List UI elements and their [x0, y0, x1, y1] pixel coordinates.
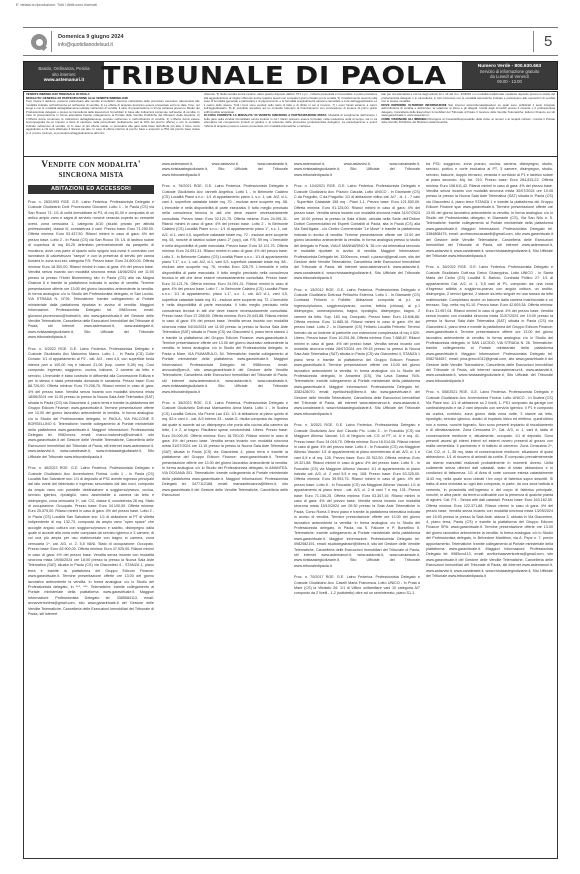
- masthead-divider-right: [533, 31, 534, 52]
- notice-text-2: offerente. 5) Nella vendita senza incant…: [204, 93, 378, 114]
- listing-column-3: www.astemanuri.it, www.astavvisi.it, www…: [294, 162, 420, 856]
- notice-column-3: tale per via telematica a norma degli ar…: [381, 93, 555, 155]
- listing-column-2: www.astemanuri.it, www.astavvisi.it, www…: [162, 162, 288, 856]
- listing-column-4: tra PS1: soggiorno, zona pranzo, cucina,…: [426, 162, 553, 856]
- masthead: Domenica 9 giugno 2024 info@quotidianode…: [23, 28, 558, 55]
- banner-hotline-box: Numero Verde - 800.630.663 Servizio di i…: [462, 62, 557, 89]
- notice-text-1: Tutti, tranne il debitore, possono parte…: [26, 99, 200, 135]
- notice-column-1: VENDITE IMMOBILIARI TRIBUNALE DI PAOLA M…: [26, 93, 200, 155]
- category-bar: ABITAZIONI ED ACCESSORI: [28, 185, 154, 194]
- frame-right-border: [557, 157, 558, 859]
- listing-entry: tra PS1: soggiorno, zona pranzo, cucina,…: [426, 162, 553, 259]
- frame-bottom-border: [23, 858, 558, 859]
- hotline-hours: 09.00 - 13.00: [462, 79, 557, 84]
- issue-date: Domenica 9 giugno 2024: [58, 34, 124, 40]
- listing-entry: Proc. n. 36/2022 RGE. G.E. Laino Federic…: [426, 265, 553, 384]
- contact-email: info@quotidianodelsud.it: [58, 42, 113, 48]
- page-number: 5: [544, 33, 552, 50]
- listing-entry: Proc. n. 76/2021 RGE. G.E. Laino Federic…: [162, 184, 288, 395]
- listing-entry: Proc. n. 5/2021 RGE. G.E. Laino Federica…: [294, 423, 420, 569]
- listing-entry: Proc. n. 5/2022 RGE. G.E. Laino Federica…: [28, 347, 154, 461]
- listing-entry: www.astemanuri.it, www.astavvisi.it, www…: [162, 162, 288, 178]
- masthead-divider: [51, 31, 52, 52]
- notice-column-2: offerente. 5) Nella vendita senza incant…: [204, 93, 378, 155]
- listing-entry: Proc. n. 104/2021 RGE. G.E. Laino Federi…: [294, 184, 420, 281]
- listing-entry: Proc. n. 70/2017 RGE. G.E. Laino Federic…: [294, 575, 420, 597]
- section-title-line2: sincrona mista: [26, 170, 156, 180]
- notice-text-3: tale per via telematica a norma degli ar…: [381, 93, 555, 103]
- listing-entry: Proc. n. 46/2023 RGE. G.E. Laino Federic…: [28, 466, 154, 617]
- general-terms-box: VENDITE IMMOBILIARI TRIBUNALE DI PAOLA M…: [23, 91, 558, 157]
- frame-left-border: [23, 157, 24, 859]
- listing-entry: Proc. n. 508/2021 RGE. G.E. Laino Federi…: [426, 390, 553, 579]
- listing-entry: www.astemanuri.it, www.astavvisi.it, www…: [294, 162, 420, 178]
- tribunal-banner: Bando, Ordinanza, Perizia sito internet:…: [23, 61, 558, 90]
- listing-column-1: Proc. n. 283/1993 RGE. G.E. Laino Federi…: [28, 200, 154, 856]
- listing-entry: Proc. n. 36/2023 RGE. G.E. Laino Federic…: [162, 401, 288, 498]
- section-title-line1: Vendite con modalita': [26, 160, 156, 170]
- page-title: TRIBUNALE DI PAOLA: [84, 62, 465, 89]
- listing-entry: Proc. n. 283/1993 RGE. G.E. Laino Federi…: [28, 200, 154, 341]
- listing-entry: Proc. n. 15/2012 RGE. G.E. Laino Federic…: [294, 288, 420, 418]
- section-title: Vendite con modalita' sincrona mista: [26, 160, 156, 180]
- masthead-bottom-rule: [23, 55, 558, 56]
- copyright-notice: E' vietata la riproduzione. Tutti i diri…: [16, 3, 97, 7]
